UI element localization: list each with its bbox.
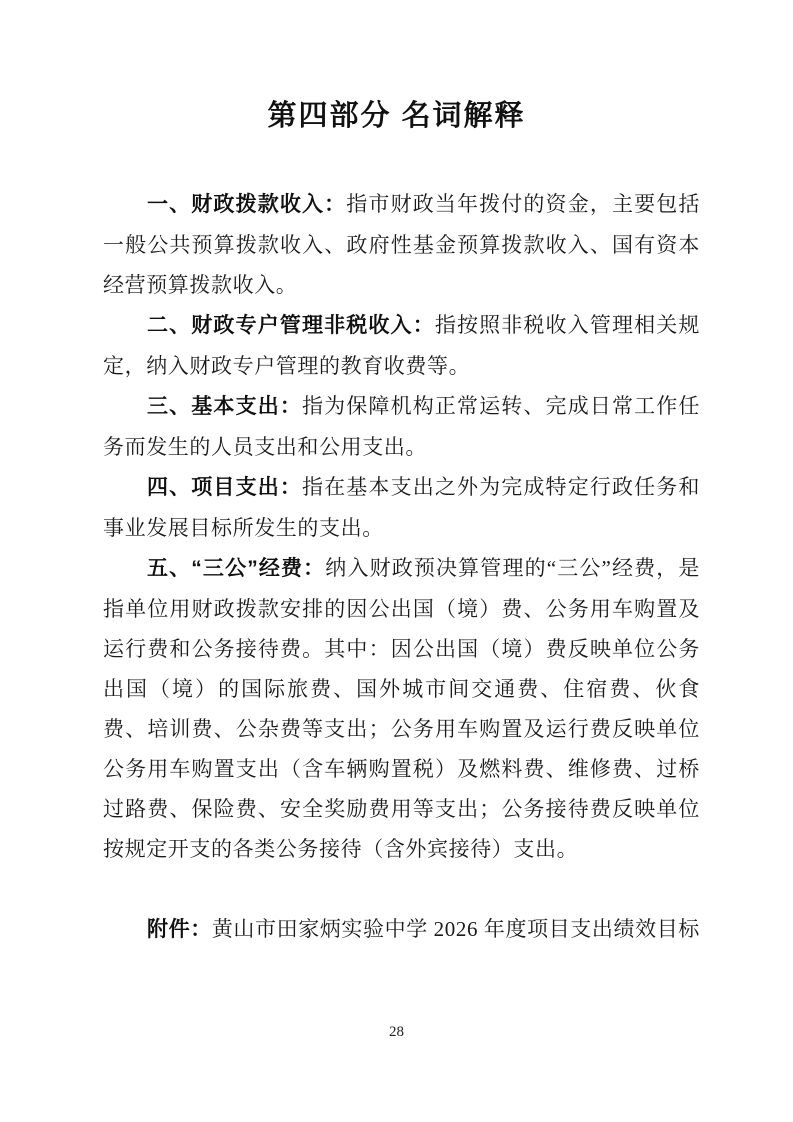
paragraph: 一、财政拨款收入：指市财政当年拨付的资金，主要包括一般公共预算拨款收入、政府性基… — [103, 184, 700, 305]
paragraph: 五、“三公”经费：纳入财政预决算管理的“三公”经费，是指单位用财政拨款安排的因公… — [103, 548, 700, 869]
attachment-text: 黄山市田家炳实验中学 2026 年度项目支出绩效目标 — [212, 917, 700, 941]
paragraph: 四、项目支出：指在基本支出之外为完成特定行政任务和事业发展目标所发生的支出。 — [103, 467, 700, 548]
document-page: 第四部分 名词解释 一、财政拨款收入：指市财政当年拨付的资金，主要包括一般公共预… — [0, 0, 793, 1122]
paragraph: 三、基本支出：指为保障机构正常运转、完成日常工作任务而发生的人员支出和公用支出。 — [103, 386, 700, 467]
attachment-lead: 附件： — [147, 918, 212, 941]
paragraph: 二、财政专户管理非税收入：指按照非税收入管理相关规定，纳入财政专户管理的教育收费… — [103, 305, 700, 386]
paragraph-lead: 三、基本支出： — [147, 395, 302, 418]
paragraph-lead: 二、财政专户管理非税收入： — [147, 314, 435, 337]
document-body: 一、财政拨款收入：指市财政当年拨付的资金，主要包括一般公共预算拨款收入、政府性基… — [103, 184, 700, 950]
paragraph-text: 纳入财政预决算管理的“三公”经费，是指单位用财政拨款安排的因公出国（境）费、公务… — [103, 556, 700, 861]
paragraph-lead: 一、财政拨款收入： — [147, 193, 346, 216]
attachment-note: 附件：黄山市田家炳实验中学 2026 年度项目支出绩效目标 — [103, 909, 700, 950]
page-title: 第四部分 名词解释 — [0, 0, 793, 136]
paragraph-lead: 四、项目支出： — [147, 476, 302, 499]
paragraph-lead: 五、“三公”经费： — [147, 557, 325, 580]
page-number: 28 — [0, 1022, 793, 1042]
